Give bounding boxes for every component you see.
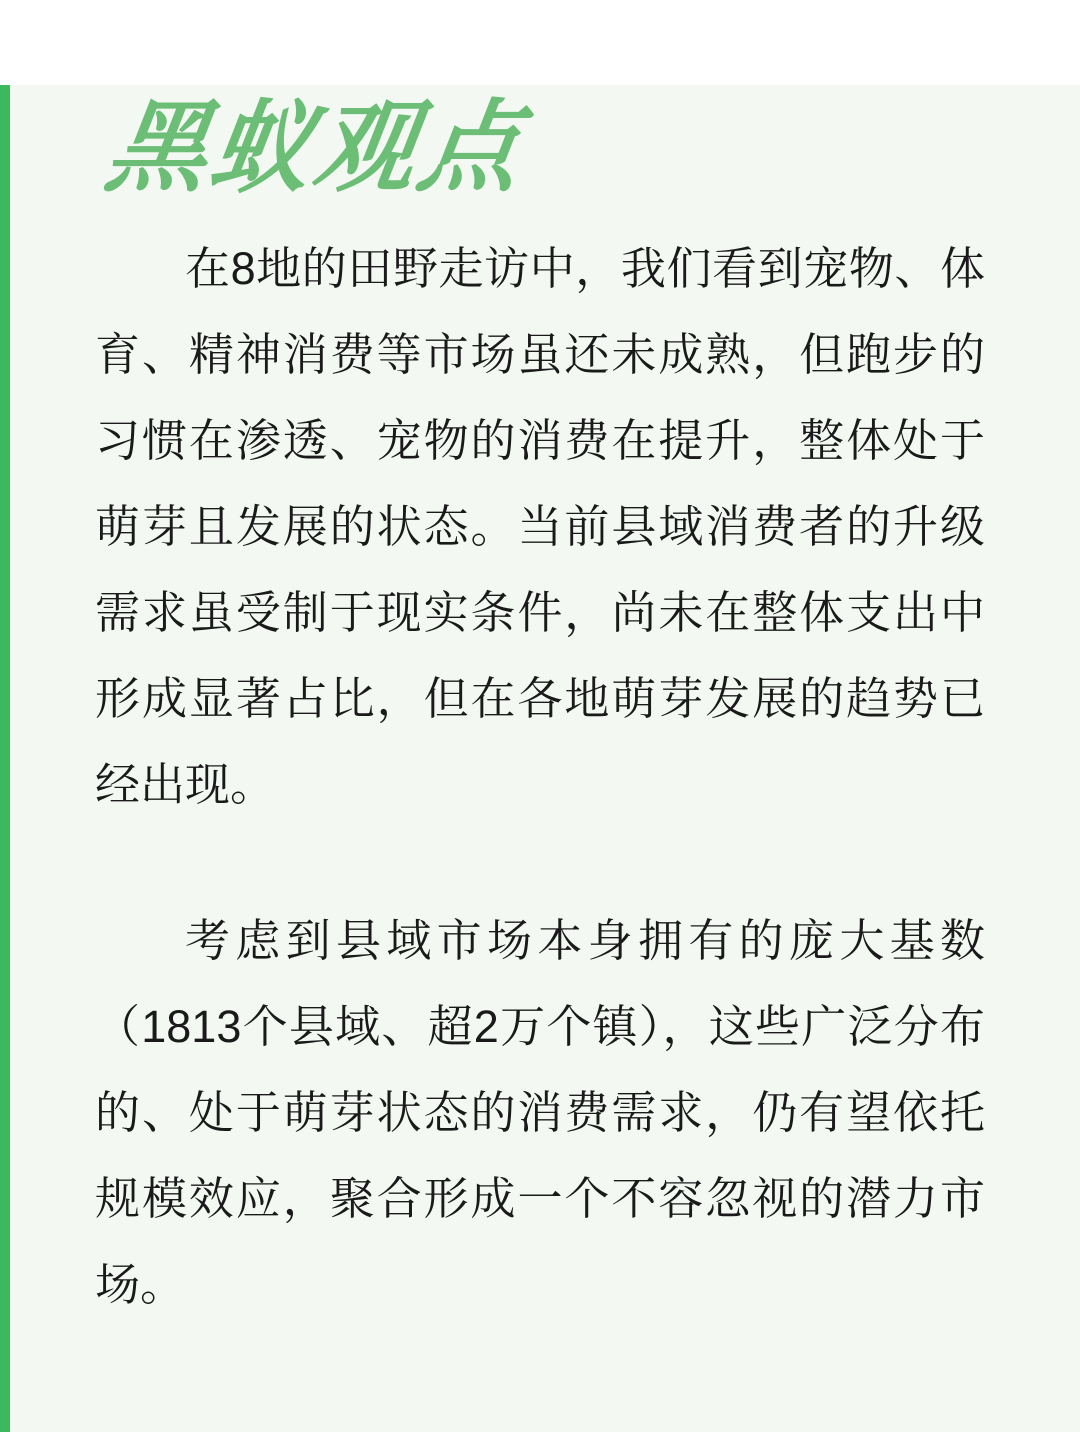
body-paragraph-1: 在8地的田野走访中，我们看到宠物、体育、精神消费等市场虽还未成熟，但跑步的习惯在…	[95, 226, 985, 828]
article-card: 黑蚁观点 在8地的田野走访中，我们看到宠物、体育、精神消费等市场虽还未成熟，但跑…	[0, 0, 1080, 1439]
body-paragraph-2: 考虑到县域市场本身拥有的庞大基数（1813个县域、超2万个镇），这些广泛分布的、…	[95, 898, 985, 1328]
page-title: 黑蚁观点	[100, 95, 531, 201]
left-accent-bar	[0, 85, 10, 1432]
article-body: 在8地的田野走访中，我们看到宠物、体育、精神消费等市场虽还未成熟，但跑步的习惯在…	[95, 226, 985, 1328]
